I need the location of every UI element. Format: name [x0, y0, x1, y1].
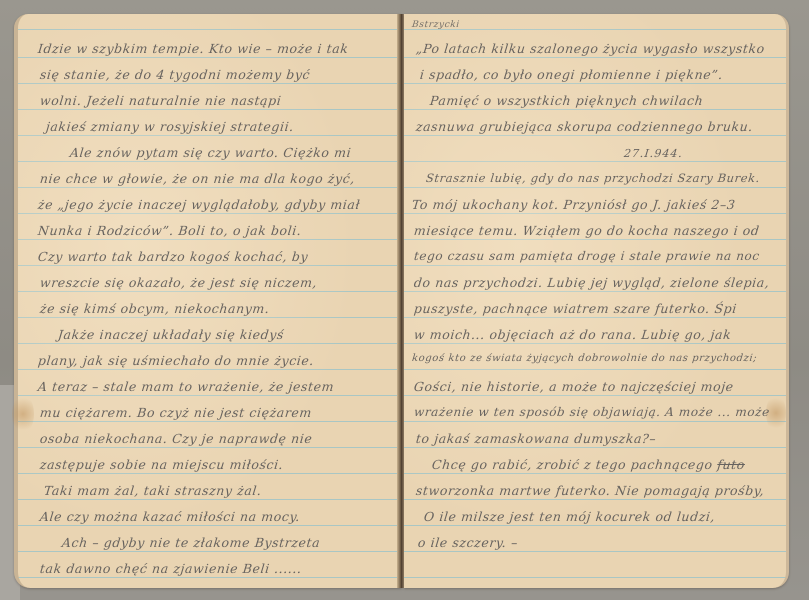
text-line: że się kimś obcym, niekochanym. [39, 301, 270, 316]
struck-word: futo [717, 457, 746, 472]
text-line: Nunka i Rodziców”. Boli to, o jak boli. [37, 223, 302, 238]
text-line: plany, jak się uśmiechało do mnie życie. [37, 353, 315, 368]
text-line: puszyste, pachnące wiatrem szare futerko… [413, 301, 737, 316]
text-line: do nas przychodzi. Lubię jej wygląd, zie… [413, 275, 770, 290]
text-line: osoba niekochana. Czy je naprawdę nie [39, 431, 313, 446]
text-line: w moich... objęciach aż do rana. Lubię g… [413, 327, 732, 342]
text-line: Jakże inaczej układały się kiedyś [57, 327, 285, 342]
text-line: miesiące temu. Wziąłem go do kocha nasze… [413, 223, 760, 238]
text-line: Ach – gdyby nie te złakome Bystrzeta [61, 535, 321, 550]
text-line: A teraz – stale mam to wrażenie, że jest… [37, 379, 335, 394]
text-line: wreszcie się okazało, że jest się niczem… [39, 275, 318, 290]
text-line: i spadło, co było onegi płomienne i pięk… [419, 67, 723, 82]
text-fragment: Chcę go rabić, zrobić z tego pachnącego [431, 457, 713, 472]
text-line: Gości, nie historie, a może to najczęści… [413, 379, 734, 394]
text-line: Chcę go rabić, zrobić z tego pachnącego … [431, 457, 746, 472]
entry-date: 27.I.944. [623, 147, 683, 160]
open-notebook: Idzie w szybkim tempie. Kto wie – może i… [14, 14, 792, 588]
text-line: jakieś zmiany w rosyjskiej strategii. [45, 119, 294, 134]
text-line: „Po latach kilku szalonego życia wygasło… [415, 41, 765, 56]
text-line: Strasznie lubię, gdy do nas przychodzi S… [425, 171, 760, 185]
text-line: tego czasu sam pamięta drogę i stale pra… [413, 249, 760, 263]
left-page-text: Idzie w szybkim tempie. Kto wie – może i… [18, 14, 402, 588]
text-line: Pamięć o wszystkich pięknych chwilach [429, 93, 704, 108]
right-page-text: Bstrzycki „Po latach kilku szalonego życ… [404, 14, 786, 588]
text-line: O ile milsze jest ten mój kocurek od lud… [423, 509, 716, 524]
text-line: zastępuje sobie na miejscu miłości. [39, 457, 284, 472]
text-line: nie chce w głowie, że on nie ma dla kogo… [39, 171, 356, 186]
text-line: stworzonka martwe futerko. Nie pomagają … [415, 483, 765, 498]
text-line: Taki mam żal, taki straszny żal. [43, 483, 262, 498]
text-line: się stanie, że do 4 tygodni możemy być [39, 67, 311, 82]
text-line: To mój ukochany kot. Przyniósł go J. jak… [411, 197, 736, 212]
text-line: tak dawno chęć na zjawienie Beli ...... [39, 561, 302, 576]
right-page: Bstrzycki „Po latach kilku szalonego życ… [404, 14, 789, 588]
text-line: wrażenie w ten sposób się objawiają. A m… [413, 405, 770, 419]
text-line: o ile szczery. – [417, 535, 519, 550]
text-line: Czy warto tak bardzo kogoś kochać, by [37, 249, 309, 264]
text-line: Ale czy można kazać miłości na mocy. [39, 509, 301, 524]
text-line: kogoś kto ze świata żyjących dobrowolnie… [411, 353, 757, 364]
text-line: mu ciężarem. Bo czyż nie jest ciężarem [39, 405, 313, 420]
text-line: Idzie w szybkim tempie. Kto wie – może i… [37, 41, 349, 56]
text-line: zasnuwa grubiejąca skorupa codziennego b… [415, 119, 754, 134]
text-line: Ale znów pytam się czy warto. Ciężko mi [69, 145, 352, 160]
text-line: że „jego życie inaczej wyglądałoby, gdyb… [37, 197, 361, 212]
left-page: Idzie w szybkim tempie. Kto wie – może i… [14, 14, 402, 588]
text-line: to jakaś zamaskowana dumyszka?– [415, 431, 657, 446]
text-line: wolni. Jeżeli naturalnie nie nastąpi [39, 93, 282, 108]
margin-note: Bstrzycki [411, 20, 460, 30]
